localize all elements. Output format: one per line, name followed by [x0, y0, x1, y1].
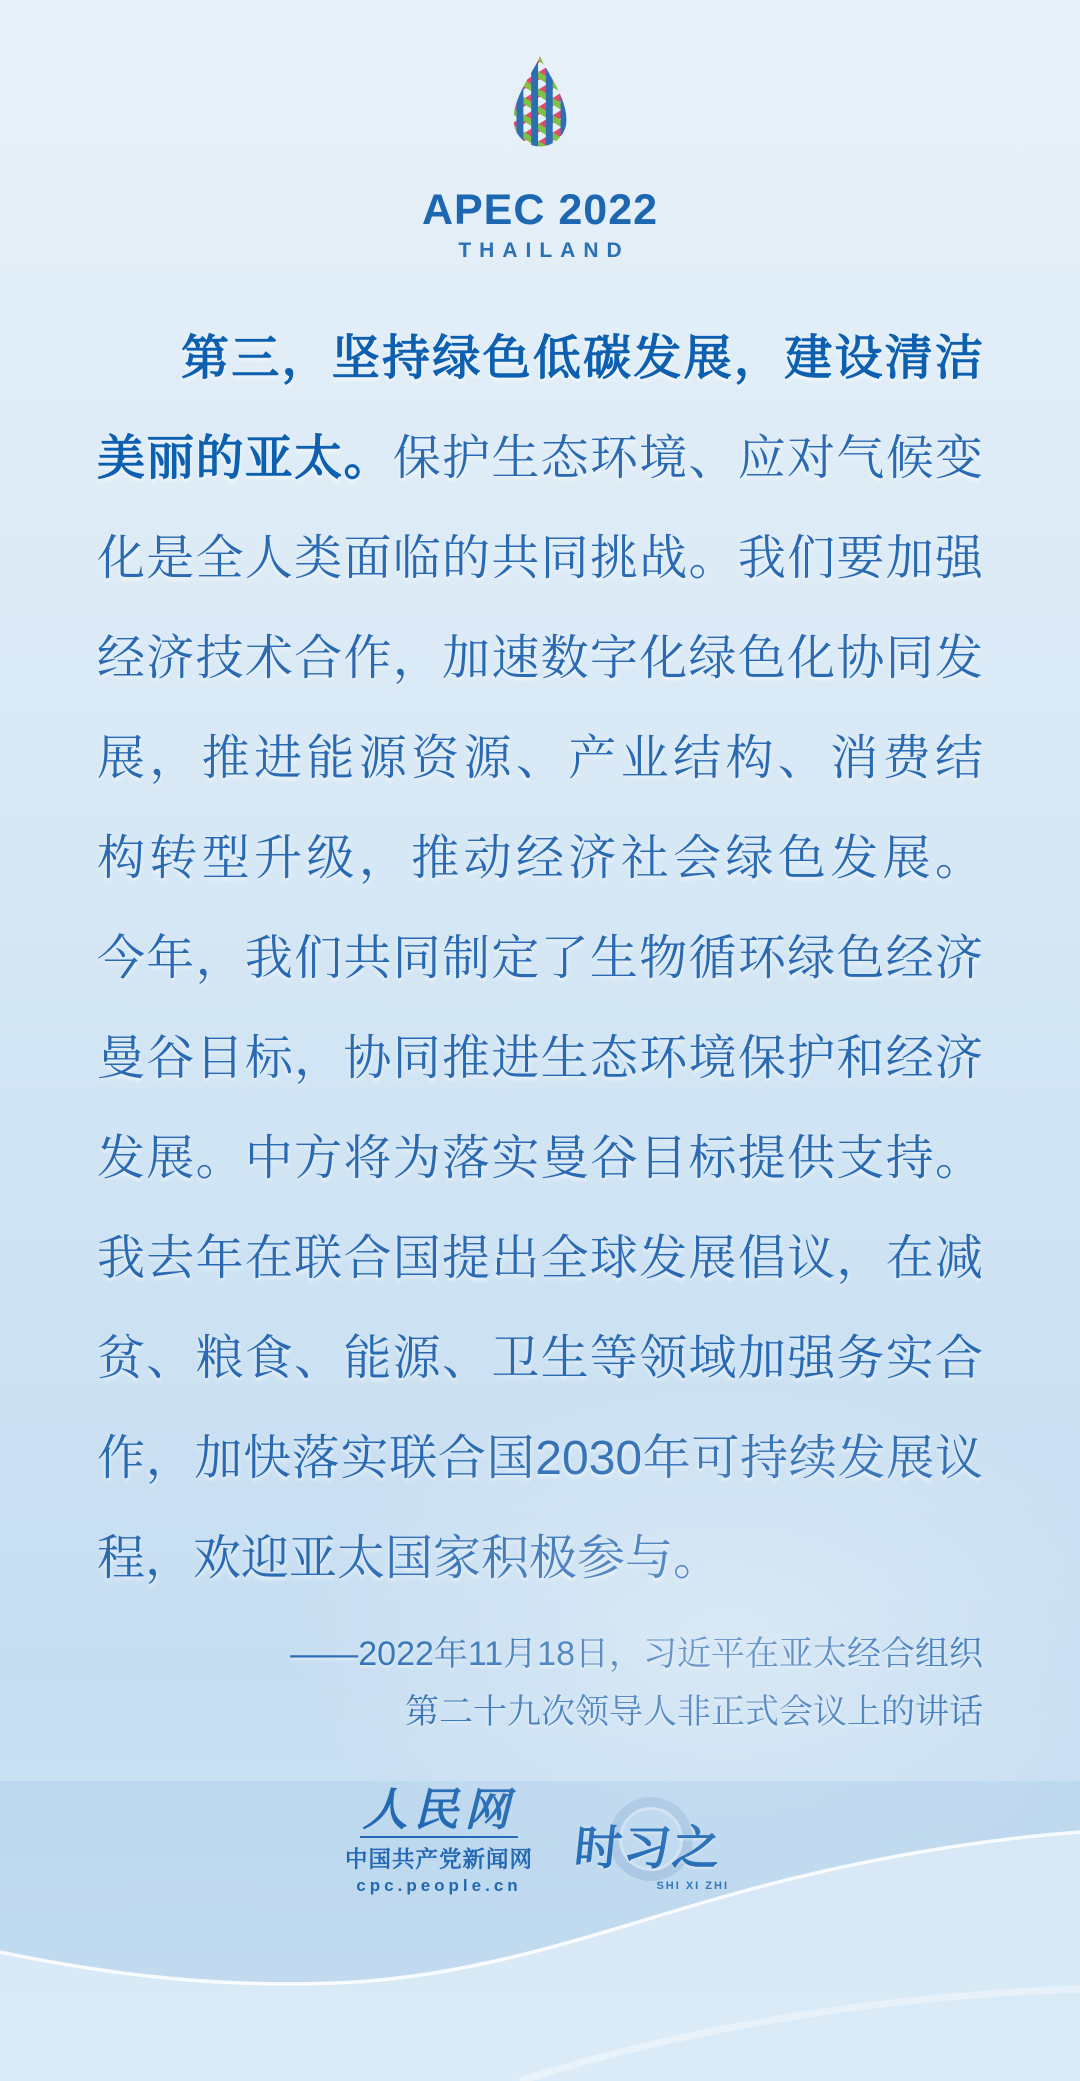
- quote-segment: 构转型升级，推动经济社会绿色发展。: [97, 832, 983, 885]
- quote-line: 我去年在联合国提出全球发展倡议，在减: [97, 1209, 983, 1309]
- quote-line: 化是全人类面临的共同挑战。我们要加强: [97, 509, 983, 609]
- quote-line: 发展。中方将为落实曼谷目标提供支持。: [97, 1109, 983, 1209]
- quote-segment: 保护生态环境、应对气候变: [393, 432, 983, 485]
- quote-line: 构转型升级，推动经济社会绿色发展。: [97, 809, 983, 909]
- quote-line: 经济技术合作，加速数字化绿色化协同发: [97, 609, 983, 709]
- quote-line: 展，推进能源资源、产业结构、消费结: [97, 709, 983, 809]
- apec-header: APEC 2022 THAILAND: [0, 0, 1080, 263]
- quote-segment: 我去年在联合国提出全球发展倡议，在减: [97, 1232, 983, 1285]
- poster: APEC 2022 THAILAND 第三，坚持绿色低碳发展，建设清洁美丽的亚太…: [0, 0, 1080, 2081]
- quote-line: 作，加快落实联合国2030年可持续发展议: [97, 1409, 983, 1509]
- quote-segment: 曼谷目标，协同推进生态环境保护和经济: [97, 1032, 983, 1085]
- quote-line: 第三，坚持绿色低碳发展，建设清洁: [97, 309, 983, 409]
- quote-line: 曼谷目标，协同推进生态环境保护和经济: [97, 1009, 983, 1109]
- apec-title: APEC 2022: [0, 186, 1080, 235]
- quote-segment-bold: 美丽的亚太。: [97, 432, 393, 485]
- quote-segment: 程，欢迎亚太国家积极参与。: [97, 1532, 721, 1585]
- attribution-line-1: ——2022年11月18日，习近平在亚太经合组织: [97, 1625, 983, 1683]
- quote-segment: 今年，我们共同制定了生物循环绿色经济: [97, 932, 983, 985]
- quote-segment: 发展。中方将为落实曼谷目标提供支持。: [97, 1132, 983, 1185]
- quote-segment: 作，加快落实联合国2030年可持续发展议: [97, 1432, 983, 1485]
- attribution-line-2: 第二十九次领导人非正式会议上的讲话: [97, 1683, 983, 1741]
- quote-segment: 贫、粮食、能源、卫生等领域加强务实合: [97, 1332, 983, 1385]
- apec-droplet-logo-icon: [491, 50, 589, 178]
- apec-subtitle: THAILAND: [0, 239, 1080, 263]
- quote-segment: 展，推进能源资源、产业结构、消费结: [97, 732, 983, 785]
- attribution: ——2022年11月18日，习近平在亚太经合组织 第二十九次领导人非正式会议上的…: [97, 1625, 983, 1741]
- quote-line: 美丽的亚太。保护生态环境、应对气候变: [97, 409, 983, 509]
- quote-segment: 经济技术合作，加速数字化绿色化协同发: [97, 632, 983, 685]
- quote-line: 贫、粮食、能源、卫生等领域加强务实合: [97, 1309, 983, 1409]
- quote-line: 今年，我们共同制定了生物循环绿色经济: [97, 909, 983, 1009]
- wave-decoration: [0, 1781, 1080, 2081]
- quote-segment: 化是全人类面临的共同挑战。我们要加强: [97, 532, 983, 585]
- quote-segment-bold: 第三，坚持绿色低碳发展，建设清洁: [181, 332, 983, 385]
- quote-line: 程，欢迎亚太国家积极参与。: [97, 1509, 983, 1609]
- quote-text: 第三，坚持绿色低碳发展，建设清洁美丽的亚太。保护生态环境、应对气候变化是全人类面…: [97, 309, 983, 1609]
